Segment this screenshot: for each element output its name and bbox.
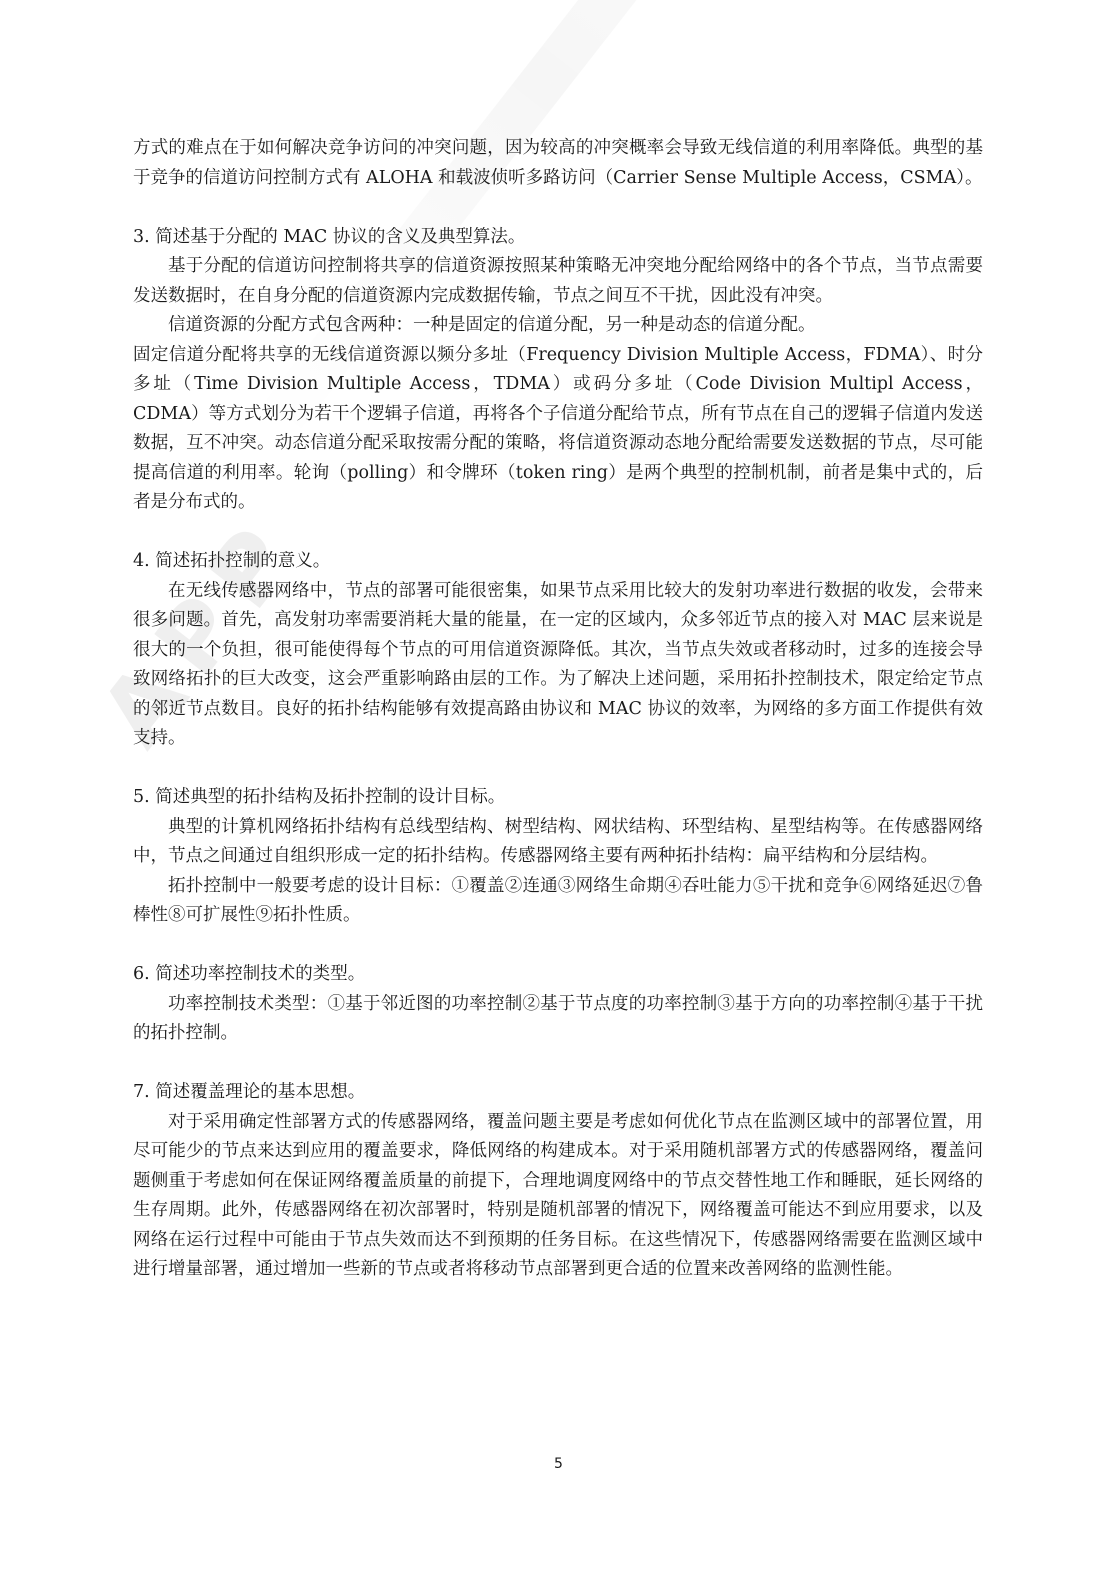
answer-paragraph: 功率控制技术类型：①基于邻近图的功率控制②基于节点度的功率控制③基于方向的功率控… [133, 990, 983, 1049]
question-title: 3. 简述基于分配的 MAC 协议的含义及典型算法。 [133, 223, 983, 253]
question-title: 7. 简述覆盖理论的基本思想。 [133, 1078, 983, 1108]
continuation-paragraph: 方式的难点在于如何解决竞争访问的冲突问题，因为较高的冲突概率会导致无线信道的利用… [133, 134, 983, 193]
document-page: 方式的难点在于如何解决竞争访问的冲突问题，因为较高的冲突概率会导致无线信道的利用… [133, 134, 983, 1285]
answer-paragraph: 信道资源的分配方式包含两种：一种是固定的信道分配，另一种是动态的信道分配。 [133, 311, 983, 341]
answer-paragraph: 在无线传感器网络中，节点的部署可能很密集，如果节点采用比较大的发射功率进行数据的… [133, 577, 983, 754]
question-title: 5. 简述典型的拓扑结构及拓扑控制的设计目标。 [133, 783, 983, 813]
page-number: 5 [0, 1456, 1117, 1472]
answer-paragraph: 对于采用确定性部署方式的传感器网络，覆盖问题主要是考虑如何优化节点在监测区域中的… [133, 1108, 983, 1285]
answer-paragraph: 拓扑控制中一般要考虑的设计目标：①覆盖②连通③网络生命期④吞吐能力⑤干扰和竞争⑥… [133, 872, 983, 931]
question-title: 6. 简述功率控制技术的类型。 [133, 960, 983, 990]
answer-paragraph: 典型的计算机网络拓扑结构有总线型结构、树型结构、网状结构、环型结构、星型结构等。… [133, 813, 983, 872]
question-5: 5. 简述典型的拓扑结构及拓扑控制的设计目标。 典型的计算机网络拓扑结构有总线型… [133, 783, 983, 931]
answer-paragraph: 固定信道分配将共享的无线信道资源以频分多址（Frequency Division… [133, 341, 983, 518]
question-4: 4. 简述拓扑控制的意义。 在无线传感器网络中，节点的部署可能很密集，如果节点采… [133, 547, 983, 754]
question-title: 4. 简述拓扑控制的意义。 [133, 547, 983, 577]
question-3: 3. 简述基于分配的 MAC 协议的含义及典型算法。 基于分配的信道访问控制将共… [133, 223, 983, 518]
question-7: 7. 简述覆盖理论的基本思想。 对于采用确定性部署方式的传感器网络，覆盖问题主要… [133, 1078, 983, 1285]
answer-paragraph: 基于分配的信道访问控制将共享的信道资源按照某种策略无冲突地分配给网络中的各个节点… [133, 252, 983, 311]
question-6: 6. 简述功率控制技术的类型。 功率控制技术类型：①基于邻近图的功率控制②基于节… [133, 960, 983, 1049]
